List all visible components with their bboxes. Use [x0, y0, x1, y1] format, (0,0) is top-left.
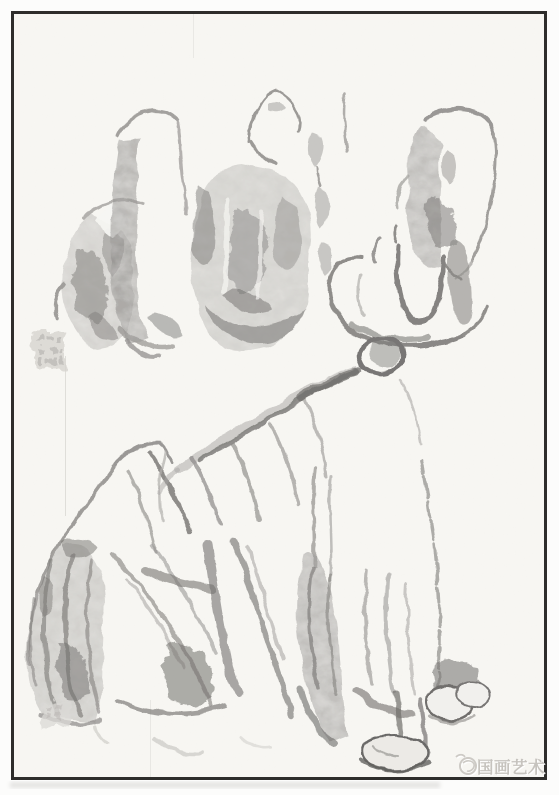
watermark-text: 国画艺术	[477, 757, 545, 777]
artist-seal	[34, 332, 66, 369]
frame-bottom-shadow	[10, 782, 440, 788]
artwork-page: 国画艺术 国画艺术	[0, 0, 559, 795]
ink-painting-canvas: 国画艺术 国画艺术	[0, 0, 559, 795]
rock-mottled-mass	[190, 165, 311, 351]
small-seal	[41, 702, 69, 727]
